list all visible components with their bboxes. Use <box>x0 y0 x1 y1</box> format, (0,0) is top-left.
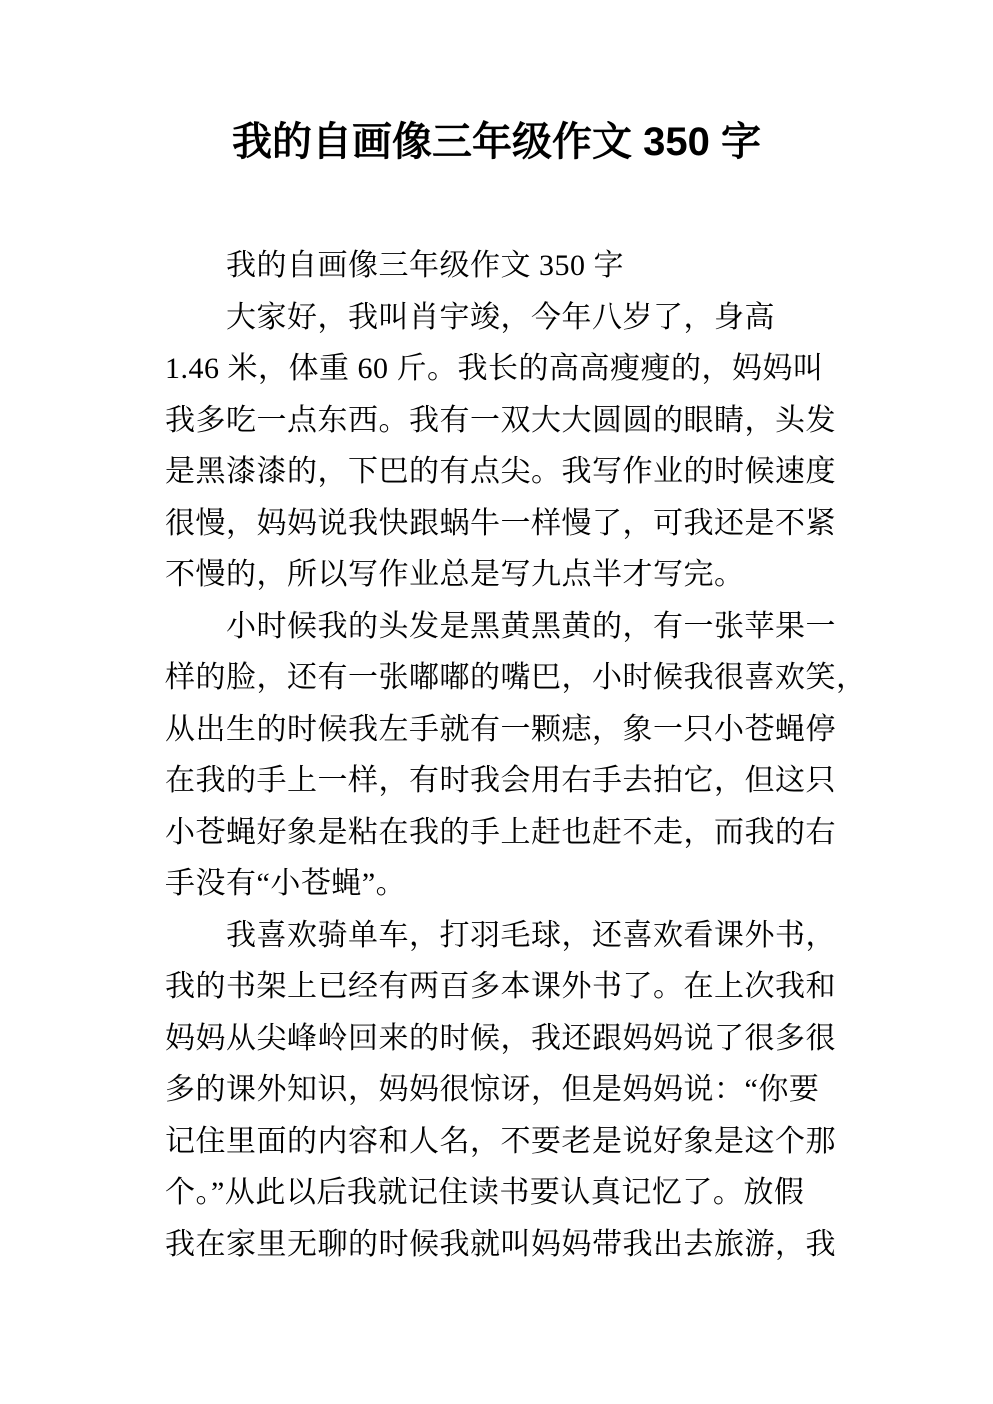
text-line: 我喜欢骑单车，打羽毛球，还喜欢看课外书， <box>165 910 845 962</box>
text-line: 样的脸，还有一张嘟嘟的嘴巴，小时候我很喜欢笑， <box>165 652 845 704</box>
text-line: 大家好，我叫肖宇竣，今年八岁了，身高 <box>165 292 845 344</box>
text-line: 我多吃一点东西。我有一双大大圆圆的眼睛，头发 <box>165 395 845 447</box>
document-body: 我的自画像三年级作文 350 字 大家好，我叫肖宇竣，今年八岁了，身高 1.46… <box>165 240 845 1270</box>
text-line: 我的书架上已经有两百多本课外书了。在上次我和 <box>165 961 845 1013</box>
text-line: 妈妈从尖峰岭回来的时候，我还跟妈妈说了很多很 <box>165 1013 845 1065</box>
text-line: 小苍蝇好象是粘在我的手上赶也赶不走，而我的右 <box>165 807 845 859</box>
text-line: 很慢，妈妈说我快跟蜗牛一样慢了，可我还是不紧 <box>165 498 845 550</box>
text-line: 不慢的，所以写作业总是写九点半才写完。 <box>165 549 845 601</box>
text-line: 记住里面的内容和人名，不要老是说好象是这个那 <box>165 1116 845 1168</box>
text-line: 手没有“小苍蝇”。 <box>165 858 845 910</box>
text-line: 在我的手上一样，有时我会用右手去拍它，但这只 <box>165 755 845 807</box>
document-title: 我的自画像三年级作文 350 字 <box>0 112 993 172</box>
text-line: 我在家里无聊的时候我就叫妈妈带我出去旅游，我 <box>165 1219 845 1271</box>
text-line: 个。”从此以后我就记住读书要认真记忆了。放假 <box>165 1167 845 1219</box>
text-line: 是黑漆漆的，下巴的有点尖。我写作业的时候速度 <box>165 446 845 498</box>
text-line: 1.46 米，体重 60 斤。我长的高高瘦瘦的，妈妈叫 <box>165 343 845 395</box>
text-line: 从出生的时候我左手就有一颗痣，象一只小苍蝇停 <box>165 704 845 756</box>
text-line: 小时候我的头发是黑黄黑黄的，有一张苹果一 <box>165 601 845 653</box>
text-line: 多的课外知识，妈妈很惊讶，但是妈妈说：“你要 <box>165 1064 845 1116</box>
document-page: 我的自画像三年级作文 350 字 我的自画像三年级作文 350 字 大家好，我叫… <box>0 0 993 1404</box>
text-line: 我的自画像三年级作文 350 字 <box>165 240 845 292</box>
